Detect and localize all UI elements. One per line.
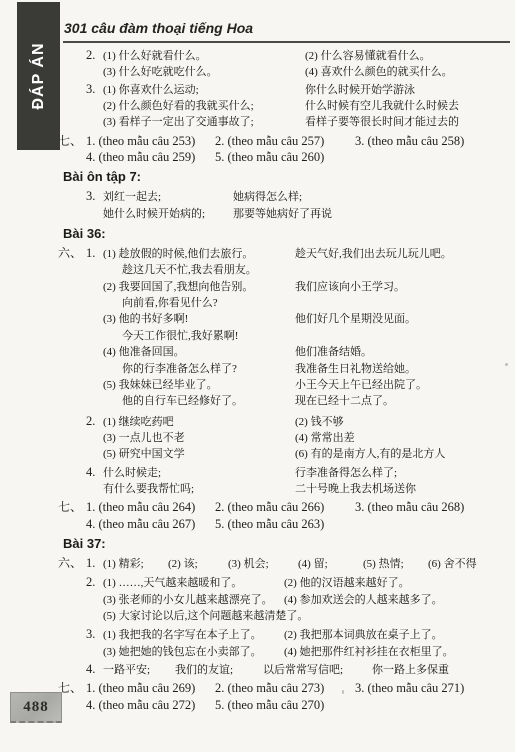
answer-row: 你的行李准备怎么样了? 我准备生日礼物送给她。 [86,361,515,377]
answer-left: (3) 张老师的小女儿越来越漂亮了。 [103,592,284,608]
word-answer: (6) 舍不得 [428,556,477,572]
pattern-ref: 3. (theo mẫu câu 268) [355,499,464,515]
answer-row: 4. 什么时候走; 行李准备得怎么样了; [86,464,515,481]
pattern-ref: 4. (theo mẫu câu 272) [86,697,215,713]
answer-row: (5) 研究中国文学 (6) 有的是南方人,有的是北方人 [86,446,515,462]
answer-row: (3) 什么好吃就吃什么。 (4) 喜欢什么颜色的就买什么。 [86,64,515,80]
answer-right: (2) 钱不够 [295,414,344,430]
answer-left: 向前看,你看见什么? [103,295,295,311]
page-number-tab: 488 [10,692,62,723]
word-answers: 一路平安; 我们的友谊; 以后常常写信吧; 你一路上多保重 [103,662,515,678]
answer-right: 看样子要等很长时间才能过去的 [305,114,459,130]
pattern-row: 七、 1. (theo mẫu câu 269) 2. (theo mẫu câ… [86,680,515,696]
answer-row: 2. (1) 什么好就看什么。 (2) 什么容易懂就看什么。 [86,47,515,64]
answer-left: (1) 我把我的名字写在本子上了。 [103,627,284,643]
answer-left: (1) 继续吃药吧 [103,414,295,430]
answer-row: 她什么时候开始病的; 那要等她病好了再说 [86,206,515,222]
answer-right: 小王今天上午已经出院了。 [295,377,427,393]
answer-left: (2) 我要回国了,我想向他告别。 [103,279,295,295]
answer-right: 他们好几个星期没见面。 [295,311,416,327]
answer-left: 趁这几天不忙,我去看朋友。 [103,262,295,278]
answer-left: (5) 我妹妹已经毕业了。 [103,377,295,393]
answer-left: 你的行李准备怎么样了? [103,361,295,377]
answer-row: (2) 什么颜色好看的我就买什么; 什么时候有空儿我就什么时候去 [86,98,515,114]
word-answer: (1) 精彩; [103,556,168,572]
pattern-ref: 5. (theo mẫu câu 263) [215,516,355,532]
answer-right: 他们准备结婚。 [295,344,372,360]
answer-right: (4) 常常出差 [295,430,355,446]
answer-right: 那要等她病好了再说 [233,206,332,222]
page-number: 488 [23,699,49,716]
word-answer: 你一路上多保重 [372,662,449,678]
header-divider [63,41,510,43]
pattern-ref: 2. (theo mẫu câu 266) [215,499,355,515]
answer-row: 4. 一路平安; 我们的友谊; 以后常常写信吧; 你一路上多保重 [86,661,515,678]
pattern-ref: 2. (theo mẫu câu 273) [215,680,355,696]
answer-row: 今天工作很忙,我好累啊! [86,328,515,344]
answer-right: (4) 参加欢送会的人越来越多了。 [284,592,443,608]
section-heading: Bài ôn tập 7: [63,168,515,186]
answer-row: 他的自行车已经修好了。 现在已经十二点了。 [86,393,515,409]
item-number: 3. [86,626,103,642]
item-number: 4. [86,661,103,677]
answer-row: (3) 她把她的钱包忘在小卖部了。 (4) 她把那件红衬衫挂在衣柜里了。 [86,644,515,660]
item-number: 3. [86,188,103,204]
answer-row: 3. (1) 你喜欢什么运动; 你什么时候开始学游泳 [86,81,515,98]
answer-right: (2) 我把那本词典放在桌子上了。 [284,627,443,643]
section-bai-37: Bài 37: 六、 1. (1) 精彩; (2) 该; (3) 机会; (4)… [86,535,515,713]
answer-left: (1) 什么好就看什么。 [103,48,305,64]
pattern-ref: 4. (theo mẫu câu 267) [86,516,215,532]
answer-left: 她什么时候开始病的; [103,206,233,222]
pattern-ref: 4. (theo mẫu câu 259) [86,149,215,165]
answer-left: 有什么要我帮忙吗; [103,481,295,497]
item-number: 2. [86,413,103,429]
pattern-row: 4. (theo mẫu câu 267) 5. (theo mẫu câu 2… [86,516,515,532]
section-heading: Bài 36: [63,225,515,243]
answer-row: 3. 刘红一起去; 她病得怎么样; [86,188,515,205]
item-number: 1. [86,245,103,261]
answer-left: (4) 他准备回国。 [103,344,295,360]
pattern-row: 4. (theo mẫu câu 259) 5. (theo mẫu câu 2… [86,149,515,165]
pattern-ref: 3. (theo mẫu câu 258) [355,133,464,149]
answer-right: 她病得怎么样; [233,189,302,205]
answer-right: 你什么时候开始学游泳 [305,82,415,98]
answer-row: 向前看,你看见什么? [86,295,515,311]
pattern-ref: 5. (theo mẫu câu 260) [215,149,355,165]
word-answer: 一路平安; [103,662,175,678]
answer-row: (3) 看样子一定出了交通事故了; 看样子要等很长时间才能过去的 [86,114,515,130]
pattern-ref: 3. (theo mẫu câu 271) [355,680,464,696]
page-content: 2. (1) 什么好就看什么。 (2) 什么容易懂就看什么。 (3) 什么好吃就… [0,47,515,713]
answer-right: 现在已经十二点了。 [295,393,394,409]
answer-right: (4) 她把那件红衬衫挂在衣柜里了。 [284,644,454,660]
answer-left: (2) 什么颜色好看的我就买什么; [103,98,305,114]
answer-right: 我准备生日礼物送给她。 [295,361,416,377]
item-number: 4. [86,464,103,480]
answer-left: (1) ……,天气越来越暖和了。 [103,575,284,591]
answer-row: (5) 大家讨论以后,这个问题越来越清楚了。 [86,608,515,624]
answer-row: (3) 一点儿也不老 (4) 常常出差 [86,430,515,446]
pattern-ref: 1. (theo mẫu câu 253) [86,133,215,149]
pattern-row: 七、 1. (theo mẫu câu 264) 2. (theo mẫu câ… [86,499,515,515]
word-answer: (2) 该; [168,556,228,572]
word-answer: 以后常常写信吧; [263,662,372,678]
answer-left: (5) 研究中国文学 [103,446,295,462]
answer-left: (1) 趁放假的时候,他们去旅行。 [103,246,295,262]
item-number: 3. [86,81,103,97]
answer-left: (3) 她把她的钱包忘在小卖部了。 [103,644,284,660]
section-bai-36: Bài 36: 六、 1. (1) 趁放假的时候,他们去旅行。 趁天气好,我们出… [86,225,515,532]
exercise-six-marker: 六、 [58,245,82,261]
scan-speck [342,690,344,694]
answer-row: 趁这几天不忙,我去看朋友。 [86,262,515,278]
exercise-seven-marker: 七、 [58,133,82,149]
item-number: 1. [86,555,103,571]
exercise-six-marker: 六、 [58,555,82,571]
answer-row: 2. (1) ……,天气越来越暖和了。 (2) 他的汉语越来越好了。 [86,574,515,591]
word-answer: (3) 机会; [228,556,298,572]
answer-right: (6) 有的是南方人,有的是北方人 [295,446,445,462]
pattern-row: 七、 1. (theo mẫu câu 253) 2. (theo mẫu câ… [86,133,515,149]
answer-right: 趁天气好,我们出去玩儿玩儿吧。 [295,246,452,262]
answer-right: 我们应该向小王学习。 [295,279,405,295]
pattern-ref: 2. (theo mẫu câu 257) [215,133,355,149]
answer-row: 六、 1. (1) 趁放假的时候,他们去旅行。 趁天气好,我们出去玩儿玩儿吧。 [86,245,515,262]
word-answers: (1) 精彩; (2) 该; (3) 机会; (4) 留; (5) 热情; (6… [103,556,515,572]
item-number: 2. [86,47,103,63]
pattern-ref: 5. (theo mẫu câu 270) [215,697,355,713]
answer-left: (3) 他的书好多啊! [103,311,295,327]
scan-speck [505,363,508,366]
answer-right: 什么时候有空儿我就什么时候去 [305,98,459,114]
word-answer: 我们的友谊; [175,662,263,678]
answer-right: (2) 什么容易懂就看什么。 [305,48,431,64]
answer-left: 什么时候走; [103,465,295,481]
section-heading: Bài 37: [63,535,515,553]
pattern-ref: 1. (theo mẫu câu 264) [86,499,215,515]
answer-left: 刘红一起去; [103,189,233,205]
answer-right: 行李准备得怎么样了; [295,465,397,481]
page-title: 301 câu đàm thoại tiếng Hoa [64,20,253,36]
answer-row: 2. (1) 继续吃药吧 (2) 钱不够 [86,413,515,430]
exercise-seven-marker: 七、 [58,499,82,515]
answer-left: 他的自行车已经修好了。 [103,393,295,409]
item-number: 2. [86,574,103,590]
section-on-tap-7: Bài ôn tập 7: 3. 刘红一起去; 她病得怎么样; 她什么时候开始病… [86,168,515,222]
answer-row: (3) 张老师的小女儿越来越漂亮了。 (4) 参加欢送会的人越来越多了。 [86,592,515,608]
answer-row: (4) 他准备回国。 他们准备结婚。 [86,344,515,360]
answer-row: (5) 我妹妹已经毕业了。 小王今天上午已经出院了。 [86,377,515,393]
answer-left: (3) 看样子一定出了交通事故了; [103,114,305,130]
answer-row: 3. (1) 我把我的名字写在本子上了。 (2) 我把那本词典放在桌子上了。 [86,626,515,643]
answer-right: (2) 他的汉语越来越好了。 [284,575,410,591]
answer-row: (2) 我要回国了,我想向他告别。 我们应该向小王学习。 [86,279,515,295]
answer-right: 二十号晚上我去机场送你 [295,481,416,497]
answer-row: (3) 他的书好多啊! 他们好几个星期没见面。 [86,311,515,327]
answer-right: (4) 喜欢什么颜色的就买什么。 [305,64,453,80]
pattern-row: 4. (theo mẫu câu 272) 5. (theo mẫu câu 2… [86,697,515,713]
answer-row: 六、 1. (1) 精彩; (2) 该; (3) 机会; (4) 留; (5) … [86,555,515,572]
pattern-ref: 1. (theo mẫu câu 269) [86,680,215,696]
answer-left: (5) 大家讨论以后,这个问题越来越清楚了。 [103,608,308,624]
word-answer: (5) 热情; [363,556,428,572]
answer-left: (3) 什么好吃就吃什么。 [103,64,305,80]
answer-left: (1) 你喜欢什么运动; [103,82,305,98]
answer-left: (3) 一点儿也不老 [103,430,295,446]
answer-row: 有什么要我帮忙吗; 二十号晚上我去机场送你 [86,481,515,497]
answer-left: 今天工作很忙,我好累啊! [103,328,295,344]
section-top: 2. (1) 什么好就看什么。 (2) 什么容易懂就看什么。 (3) 什么好吃就… [86,47,515,165]
book-page: ĐÁP ÁN 301 câu đàm thoại tiếng Hoa 2. (1… [0,0,515,752]
word-answer: (4) 留; [298,556,363,572]
